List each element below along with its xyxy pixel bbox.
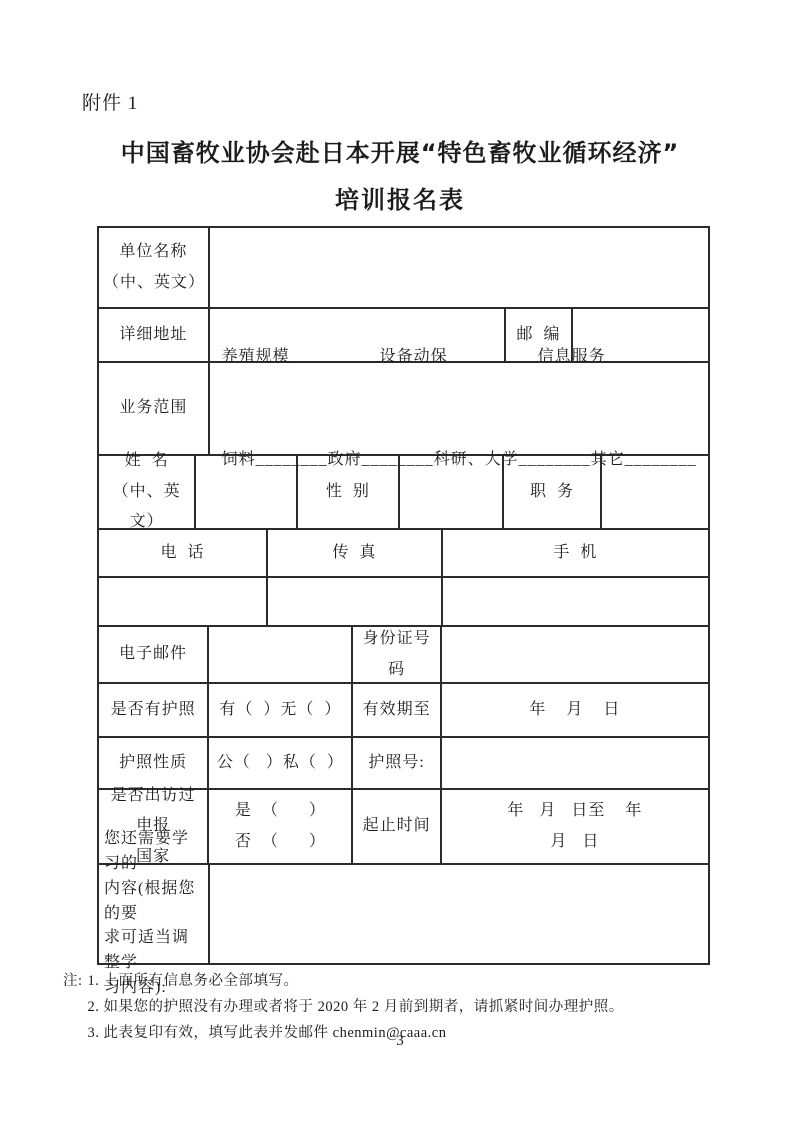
page-number: 3	[0, 1033, 800, 1050]
attachment-label: 附件 1	[82, 88, 138, 115]
phone-field	[99, 578, 268, 625]
validity-field: 年 月 日	[442, 684, 708, 736]
period-label: 起止时间	[353, 790, 441, 863]
position-label: 职 务	[504, 456, 601, 528]
business-scope-label: 业务范围	[99, 363, 210, 454]
email-field	[209, 627, 353, 682]
visited-options: 是 （ ） 否 （ ）	[209, 790, 353, 863]
unit-name-label: 单位名称 （中、英文）	[99, 228, 210, 307]
period-field: 年 月 日至 年 月 日	[442, 790, 708, 863]
fax-label: 传 真	[268, 530, 443, 576]
id-number-label: 身份证号码	[353, 627, 441, 682]
row-email-id: 电子邮件 身份证号码	[99, 627, 708, 684]
business-scope-options: 养殖规模__________设备动保__________信息服务________…	[210, 363, 708, 454]
passport-number-field	[442, 738, 708, 788]
passport-number-label: 护照号:	[353, 738, 441, 788]
row-business-scope: 业务范围 养殖规模__________设备动保__________信息服务___…	[99, 363, 708, 456]
fax-field	[268, 578, 443, 625]
name-label: 姓 名 （中、英文）	[99, 456, 196, 528]
document-title-line1: 中国畜牧业协会赴日本开展“特色畜牧业循环经济”	[0, 133, 800, 168]
phone-label: 电 话	[99, 530, 268, 576]
row-contact-fields	[99, 578, 708, 627]
row-passport: 是否有护照 有（ ）无（ ） 有效期至 年 月 日	[99, 684, 708, 738]
registration-form-table: 单位名称 （中、英文） 详细地址 邮 编 业务范围 养殖规模__________…	[97, 226, 710, 965]
passport-type-options: 公（ ）私（ ）	[209, 738, 353, 788]
address-label: 详细地址	[99, 309, 210, 361]
gender-field	[400, 456, 504, 528]
row-person: 姓 名 （中、英文） 性 别 职 务	[99, 456, 708, 530]
has-passport-options: 有（ ）无（ ）	[209, 684, 353, 736]
has-passport-label: 是否有护照	[99, 684, 209, 736]
email-label: 电子邮件	[99, 627, 209, 682]
mobile-field	[443, 578, 708, 625]
validity-label: 有效期至	[353, 684, 441, 736]
row-contact-headers: 电 话 传 真 手 机	[99, 530, 708, 578]
footnote-1: 1. 上面所有信息务必全部填写。	[88, 969, 624, 995]
business-scope-line1: 养殖规模__________设备动保__________信息服务________…	[222, 340, 697, 374]
row-study-content: 您还需要学习的 内容(根据您的要 求可适当调整学 习内容):	[99, 865, 708, 963]
id-number-field	[442, 627, 708, 682]
study-content-field	[210, 865, 708, 963]
mobile-label: 手 机	[443, 530, 708, 576]
document-title-line2: 培训报名表	[0, 180, 800, 215]
position-field	[602, 456, 708, 528]
study-content-label: 您还需要学习的 内容(根据您的要 求可适当调整学 习内容):	[99, 865, 210, 963]
gender-label: 性 别	[298, 456, 400, 528]
footnote-2: 2. 如果您的护照没有办理或者将于 2020 年 2 月前到期者，请抓紧时间办理…	[88, 995, 624, 1021]
name-field	[196, 456, 297, 528]
